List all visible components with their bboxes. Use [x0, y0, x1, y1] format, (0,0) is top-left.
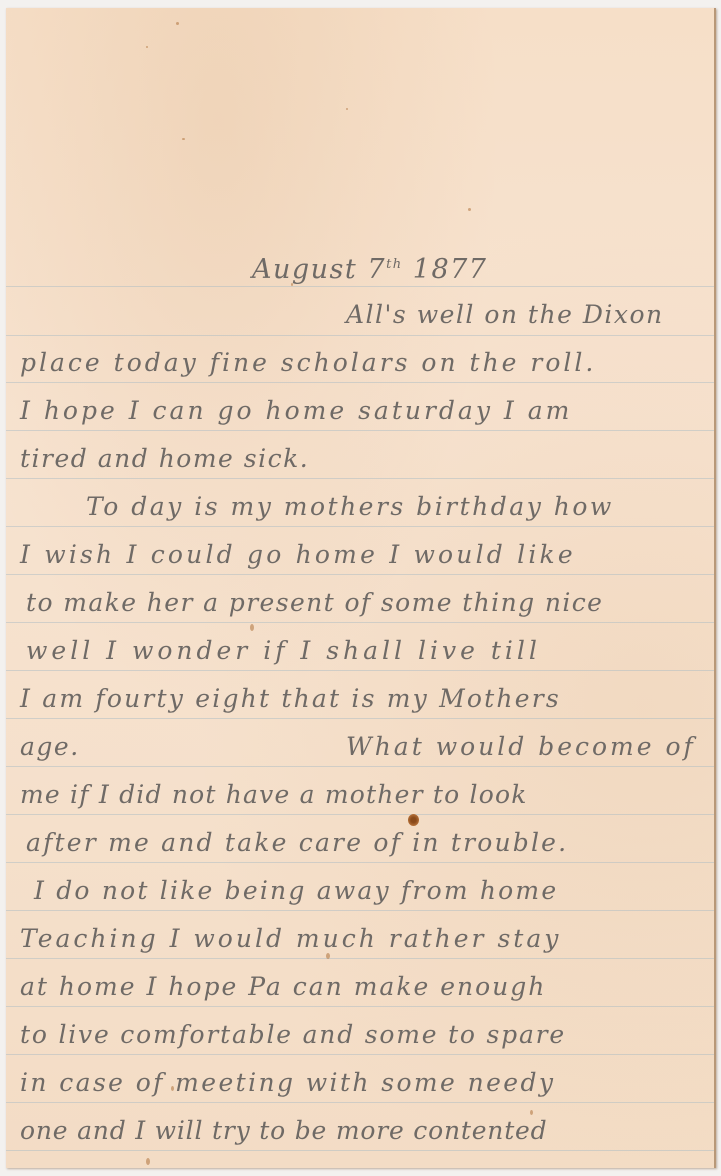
- date-day-suffix: th: [386, 257, 403, 272]
- letter-line: well I wonder if I shall live till: [26, 636, 541, 665]
- letter-line: after me and take care of in trouble.: [26, 828, 568, 857]
- ruled-line: [6, 766, 714, 767]
- letter-line: age.: [20, 732, 80, 761]
- ruled-line: [6, 862, 714, 863]
- ink-stain: [408, 814, 419, 826]
- letter-line: What would become of: [346, 732, 696, 761]
- ruled-line: [6, 286, 714, 287]
- letter-page: August 7th 1877 All's well on the Dixon …: [6, 8, 716, 1168]
- letter-line: tired and home sick.: [20, 444, 309, 473]
- ruled-line: [6, 718, 714, 719]
- letter-line: to make her a present of some thing nice: [26, 588, 603, 617]
- foxing-spot: [182, 138, 185, 140]
- letter-line: I am fourty eight that is my Mothers: [20, 684, 561, 713]
- date-year: 1877: [413, 254, 488, 285]
- ruled-line: [6, 670, 714, 671]
- ruled-line: [6, 814, 714, 815]
- ruled-line: [6, 478, 714, 479]
- ruled-line: [6, 574, 714, 575]
- letter-line: To day is my mothers birthday how: [86, 492, 614, 521]
- ruled-line: [6, 430, 714, 431]
- ruled-line: [6, 335, 714, 336]
- date-month: August: [252, 254, 357, 285]
- letter-line: to live comfortable and some to spare: [20, 1020, 566, 1049]
- ruled-line: [6, 526, 714, 527]
- letter-line: I do not like being away from home: [34, 876, 558, 905]
- letter-line: I hope I can go home saturday I am: [20, 396, 572, 425]
- letter-line: one and I will try to be more contented: [20, 1116, 547, 1145]
- ruled-line: [6, 958, 714, 959]
- date-day: 7: [367, 254, 386, 285]
- ruled-line: [6, 1102, 714, 1103]
- ruled-line: [6, 910, 714, 911]
- letter-line: All's well on the Dixon: [346, 300, 664, 329]
- foxing-spot: [326, 953, 330, 959]
- letter-line: me if I did not have a mother to look: [20, 780, 528, 809]
- ruled-line: [6, 382, 714, 383]
- foxing-spot: [530, 1110, 533, 1115]
- foxing-spot: [346, 108, 348, 110]
- letter-line: Teaching I would much rather stay: [20, 924, 561, 953]
- ruled-line: [6, 622, 714, 623]
- letter-line: I wish I could go home I would like: [20, 540, 576, 569]
- foxing-spot: [146, 46, 148, 48]
- letter-line: in case of meeting with some needy: [20, 1068, 555, 1097]
- ruled-line: [6, 1006, 714, 1007]
- foxing-spot: [468, 208, 471, 211]
- foxing-spot: [250, 624, 254, 631]
- letter-date: August 7th 1877: [252, 254, 487, 285]
- ruled-line: [6, 1150, 714, 1151]
- letter-line: place today fine scholars on the roll.: [20, 348, 596, 377]
- foxing-spot: [146, 1158, 150, 1165]
- foxing-spot: [176, 22, 179, 25]
- ruled-line: [6, 1054, 714, 1055]
- letter-line: at home I hope Pa can make enough: [20, 972, 546, 1001]
